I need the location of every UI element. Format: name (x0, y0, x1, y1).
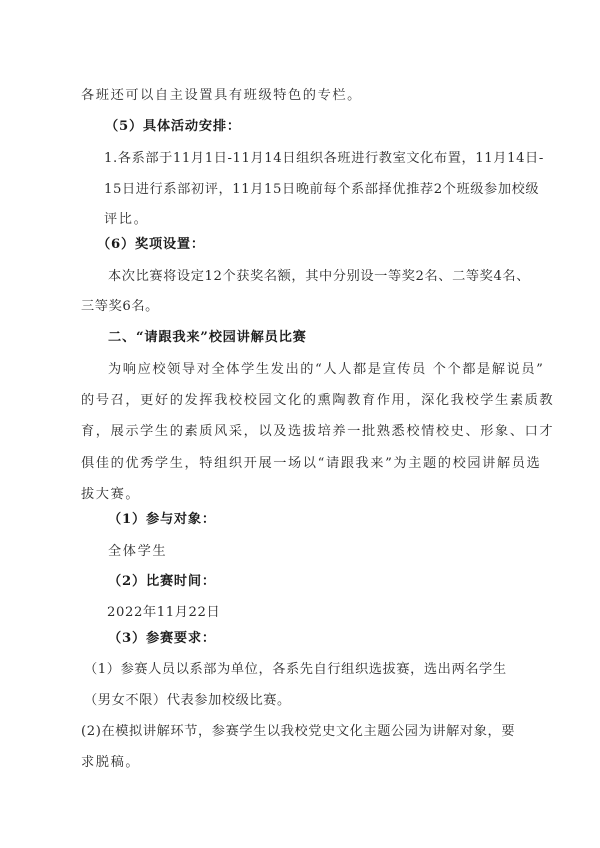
paragraph-line: 15日进行系部初评，11月15日晚前每个系部择优推荐2个班级参加校级 (104, 181, 539, 199)
paragraph-line: 求脱稿。 (81, 754, 140, 772)
paragraph-line: (2)在模拟讲解环节，参赛学生以我校党史文化主题公园为讲解对象，要 (81, 723, 515, 741)
subheading-awards: （6）奖项设置： (97, 236, 205, 254)
paragraph-line: 三等奖6名。 (81, 298, 159, 316)
paragraph-line: 各班还可以自主设置具有班级特色的专栏。 (81, 87, 362, 105)
paragraph-line: 育，展示学生的素质风采，以及选拔培养一批熟悉校情校史、形象、口才 (81, 423, 554, 441)
contest-date: 2022年11月22日 (107, 604, 220, 622)
paragraph-line: 拔大赛。 (81, 486, 140, 504)
paragraph-line: 的号召，更好的发挥我校校园文化的熏陶教育作用，深化我校学生素质教 (81, 392, 554, 410)
subheading-requirements: （3）参赛要求： (108, 630, 216, 648)
paragraph-line: 评比。 (104, 211, 148, 229)
paragraph-line: 1.各系部于11月1日-11月14日组织各班进行教室文化布置，11月14日- (104, 150, 544, 168)
paragraph-line: （1）参赛人员以系部为单位，各系先自行组织选拔赛，选出两名学生 (84, 661, 507, 679)
subheading-activity-schedule: （5）具体活动安排： (105, 118, 241, 136)
section-title-tour-guide-contest: 二、“请跟我来”校园讲解员比赛 (108, 329, 307, 347)
paragraph-line: 为响应校领导对全体学生发出的“人人都是宣传员 个个都是解说员” (108, 361, 545, 379)
paragraph-line: 俱佳的优秀学生，特组织开展一场以“请跟我来”为主题的校园讲解员选 (81, 455, 541, 473)
subheading-contest-time: （2）比赛时间： (108, 573, 216, 591)
paragraph-line: （男女不限）代表参加校级比赛。 (84, 692, 291, 710)
paragraph-line: 全体学生 (108, 543, 167, 561)
paragraph-line: 本次比赛将设定12个获奖名额，其中分别设一等奖2名、二等奖4名、 (108, 268, 530, 286)
document-page: 各班还可以自主设置具有班级特色的专栏。 （5）具体活动安排： 1.各系部于11月… (0, 0, 600, 848)
subheading-participants: （1）参与对象： (108, 511, 216, 529)
